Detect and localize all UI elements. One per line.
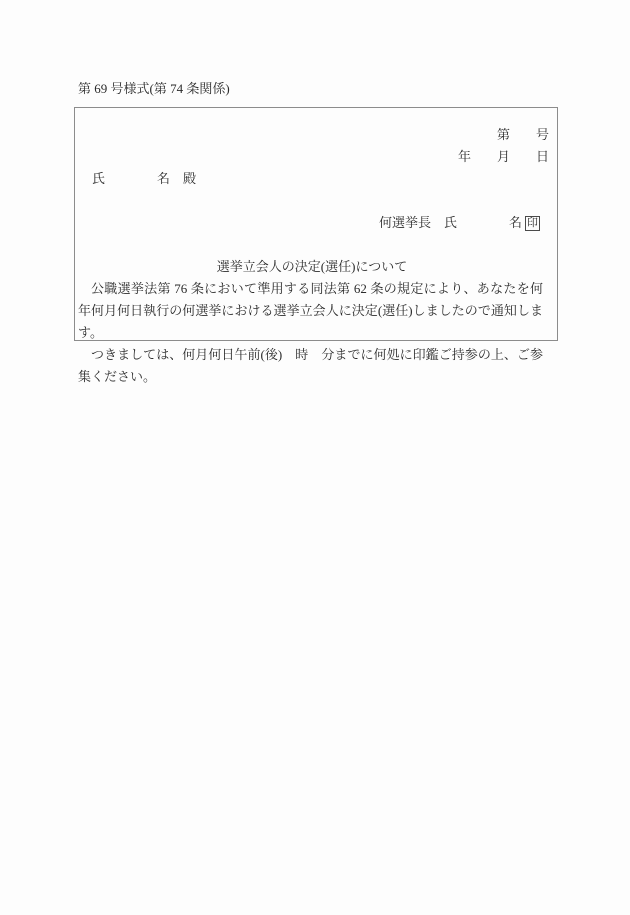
sender-name-label: 何選挙長 氏 名 — [379, 215, 522, 230]
sender-line: 何選挙長 氏 名印 — [75, 190, 549, 256]
date-line: 年 月 日 — [75, 146, 549, 168]
notice-title: 選挙立会人の決定(選任)について — [75, 256, 549, 278]
document-page: 第 69 号様式(第 74 条関係) 第 号 年 月 日 氏 名 殿 何選挙長 … — [0, 0, 630, 915]
seal-mark: 印 — [525, 216, 540, 231]
notice-form-box: 第 号 年 月 日 氏 名 殿 何選挙長 氏 名印 選挙立会人の決定(選任)につ… — [74, 107, 558, 341]
form-number-caption: 第 69 号様式(第 74 条関係) — [78, 81, 230, 97]
body-paragraph-2: つきましては、何月何日午前(後) 時 分までに何処に印鑑ご持参の上、ご参集くださ… — [78, 344, 543, 388]
addressee-name-line: 氏 名 殿 — [75, 168, 549, 190]
document-number-line: 第 号 — [75, 124, 549, 146]
body-paragraph-1: 公職選挙法第 76 条において準用する同法第 62 条の規定により、あなたを何年… — [78, 278, 543, 344]
